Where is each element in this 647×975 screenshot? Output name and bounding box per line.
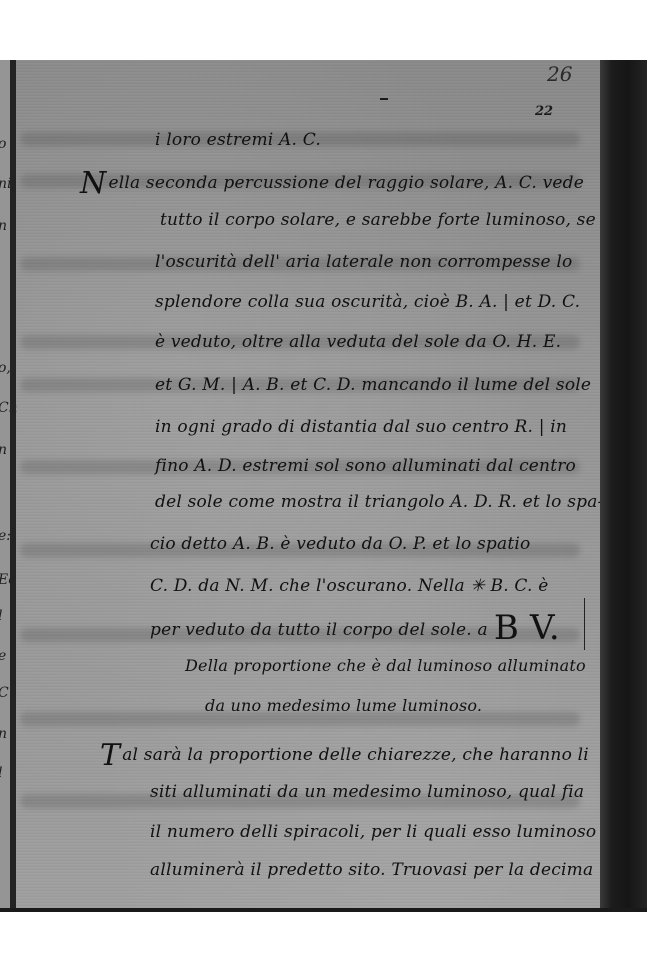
decorated-initial: T [100, 738, 120, 773]
manuscript-line: Nella seconda percussione del raggio sol… [80, 166, 584, 201]
manuscript-line: C. D. da N. M. che l'oscurano. Nella ✳ B… [150, 576, 548, 596]
manuscript-line: siti alluminati da un medesimo luminoso,… [150, 782, 584, 802]
manuscript-line: fino A. D. estremi sol sono alluminati d… [155, 456, 576, 476]
manuscript-line: l'oscurità dell' aria laterale non corro… [155, 252, 572, 272]
manuscript-line: è veduto, oltre alla veduta del sole da … [155, 332, 561, 352]
book-binding-edge [600, 60, 647, 912]
section-heading-line: da uno medesimo lume luminoso. [205, 696, 482, 715]
margin-bracket [584, 598, 585, 650]
folio-number: 26 [547, 62, 572, 86]
paper-page: 26 22 i loro estremi A. C. Nella seconda… [0, 60, 605, 912]
manuscript-line: in ogni grado di distantia dal suo centr… [155, 417, 567, 437]
manuscript-line: Tal sarà la proportione delle chiarezze,… [100, 738, 589, 773]
page-bottom-edge [0, 908, 647, 912]
decorated-initial: N [80, 166, 106, 201]
manuscript-line: i loro estremi A. C. [155, 130, 321, 150]
manuscript-line: et G. M. | A. B. et C. D. mancando il lu… [155, 375, 591, 395]
manuscript-line: il numero delli spiracoli, per li quali … [150, 822, 596, 842]
page-gutter-line [10, 60, 16, 912]
secondary-folio-number: 22 [535, 104, 553, 119]
manuscript-line: tutto il corpo solare, e sarebbe forte l… [160, 210, 596, 230]
manuscript-line: del sole come mostra il triangolo A. D. … [155, 492, 604, 512]
manuscript-line: alluminerà il predetto sito. Truovasi pe… [150, 860, 593, 880]
manuscript-scan: 26 22 i loro estremi A. C. Nella seconda… [0, 60, 647, 912]
adjacent-page-text: o ni n o, Ch n e: Ec l e C n l [0, 60, 10, 912]
manuscript-line: splendore colla sua oscurità, cioè B. A.… [155, 292, 580, 312]
section-heading-line: Della proportione che è dal luminoso all… [185, 656, 586, 675]
ink-mark [380, 98, 388, 100]
manuscript-line: cio detto A. B. è veduto da O. P. et lo … [150, 534, 530, 554]
manuscript-line: per veduto da tutto il corpo del sole. a… [150, 608, 560, 648]
adjacent-page-strip: o ni n o, Ch n e: Ec l e C n l [0, 60, 10, 912]
reference-mark: B V. [494, 608, 560, 648]
